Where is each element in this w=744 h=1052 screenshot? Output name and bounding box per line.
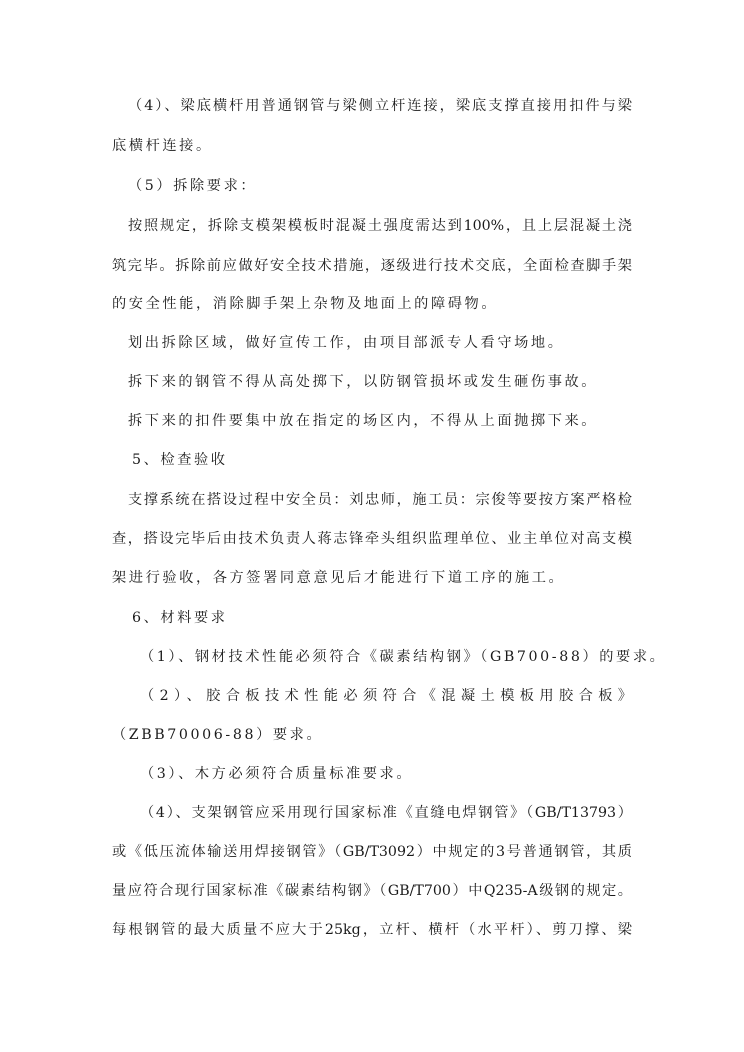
paragraph-line: 划出拆除区域，做好宣传工作，由项目部派专人看守场地。 — [128, 333, 632, 353]
paragraph-line: （4）、梁底横杆用普通钢管与梁侧立杆连接，梁底支撑直接用扣件与梁 — [128, 96, 632, 116]
paragraph-line: 查，搭设完毕后由技术负责人蒋志锋牵头组织监理单位、业主单位对高支模 — [112, 529, 632, 549]
paragraph-line: （ZBB70006-88）要求。 — [112, 725, 632, 745]
list-item: （1）、钢材技术性能必须符合《碳素结构钢》（GB700-88）的要求。 — [140, 647, 632, 667]
paragraph-line: 底横杆连接。 — [112, 136, 632, 156]
list-item: （4）、支架钢管应采用现行国家标准《直缝电焊钢管》（GB/T13793） — [140, 803, 632, 823]
paragraph-line: 架进行验收，各方签署同意意见后才能进行下道工序的施工。 — [112, 568, 632, 588]
paragraph-line: 拆下来的钢管不得从高处掷下，以防钢管损坏或发生砸伤事故。 — [128, 372, 632, 392]
paragraph-line: 筑完毕。拆除前应做好安全技术措施，逐级进行技术交底，全面检查脚手架 — [112, 256, 632, 276]
paragraph-line: 每根钢管的最大质量不应大于25kg，立杆、横杆（水平杆）、剪刀撑、梁 — [112, 920, 632, 940]
paragraph-line: 支撑系统在搭设过程中安全员：刘忠师，施工员：宗俊等要按方案严格检 — [128, 490, 632, 510]
section-heading: 6、材料要求 — [132, 608, 632, 628]
paragraph-line: 拆下来的扣件要集中放在指定的场区内，不得从上面抛掷下来。 — [128, 411, 632, 431]
section-heading: （5）拆除要求： — [128, 176, 632, 196]
list-item: （2）、胶合板技术性能必须符合《混凝土模板用胶合板》 — [140, 686, 632, 706]
paragraph-line: 按照规定，拆除支模架模板时混凝土强度需达到100%，且上层混凝土浇 — [128, 216, 632, 236]
list-item: （3）、木方必须符合质量标准要求。 — [140, 764, 632, 784]
paragraph-line: 或《低压流体输送用焊接钢管》（GB/T3092）中规定的3号普通钢管，其质 — [112, 842, 632, 862]
paragraph-line: 的安全性能，消除脚手架上杂物及地面上的障碍物。 — [112, 294, 632, 314]
document-page: （4）、梁底横杆用普通钢管与梁侧立杆连接，梁底支撑直接用扣件与梁 底横杆连接。 … — [0, 0, 744, 1052]
section-heading: 5、检查验收 — [132, 450, 632, 470]
paragraph-line: 量应符合现行国家标准《碳素结构钢》（GB/T700）中Q235-A级钢的规定。 — [112, 881, 632, 901]
